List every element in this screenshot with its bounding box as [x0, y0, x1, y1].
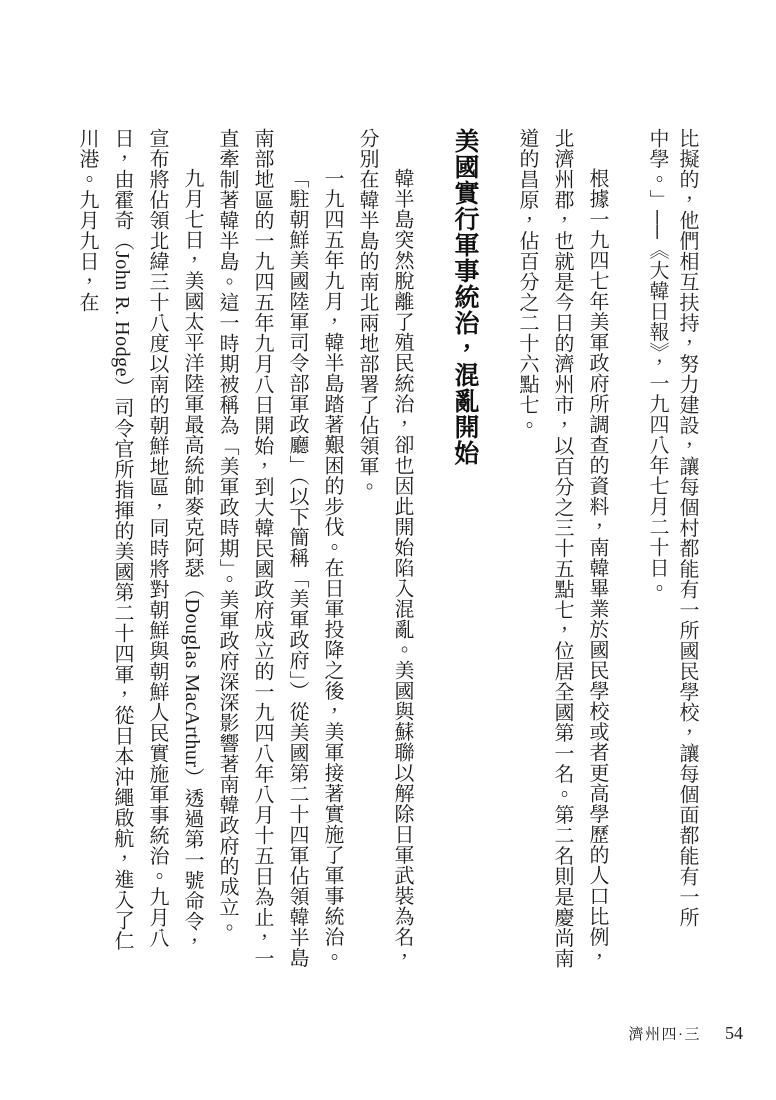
book-page: 比擬的，他們相互扶持，努力建設，讓每個村都能有一所國民學校，讓每個面都能有一所中…	[0, 0, 776, 1100]
body-paragraph: 一九四五年九月，韓半島踏著艱困的步伐。在日軍投降之後，美軍接著實施了軍事統治。	[314, 128, 349, 970]
block-quote-continuation: 比擬的，他們相互扶持，努力建設，讓每個村都能有一所國民學校，讓每個面都能有一所中…	[642, 128, 702, 938]
running-title: 濟州四·三	[629, 1023, 702, 1044]
intro-paragraph: 根據一九四七年美軍政府所調查的資料，南韓畢業於國民學校或者更高學歷的人口比例，北…	[509, 128, 614, 970]
body-paragraph: 「駐朝鮮美國陸軍司令部軍政廳」（以下簡稱「美軍政府」）從美國第二十四軍佔領韓半島…	[209, 128, 314, 970]
body-paragraph: 韓半島突然脫離了殖民統治，卻也因此開始陷入混亂。美國與蘇聯以解除日軍武裝為名，分…	[349, 128, 419, 970]
page-number: 54	[725, 1023, 743, 1044]
page-footer: 濟州四·三 54	[629, 1023, 744, 1044]
page-text-block: 比擬的，他們相互扶持，努力建設，讓每個村都能有一所國民學校，讓每個面都能有一所中…	[88, 128, 702, 970]
section-heading: 美國實行軍事統治，混亂開始	[446, 128, 482, 970]
body-paragraph: 九月七日，美國太平洋陸軍最高統帥麥克阿瑟（Douglas MacArthur）透…	[69, 128, 209, 970]
